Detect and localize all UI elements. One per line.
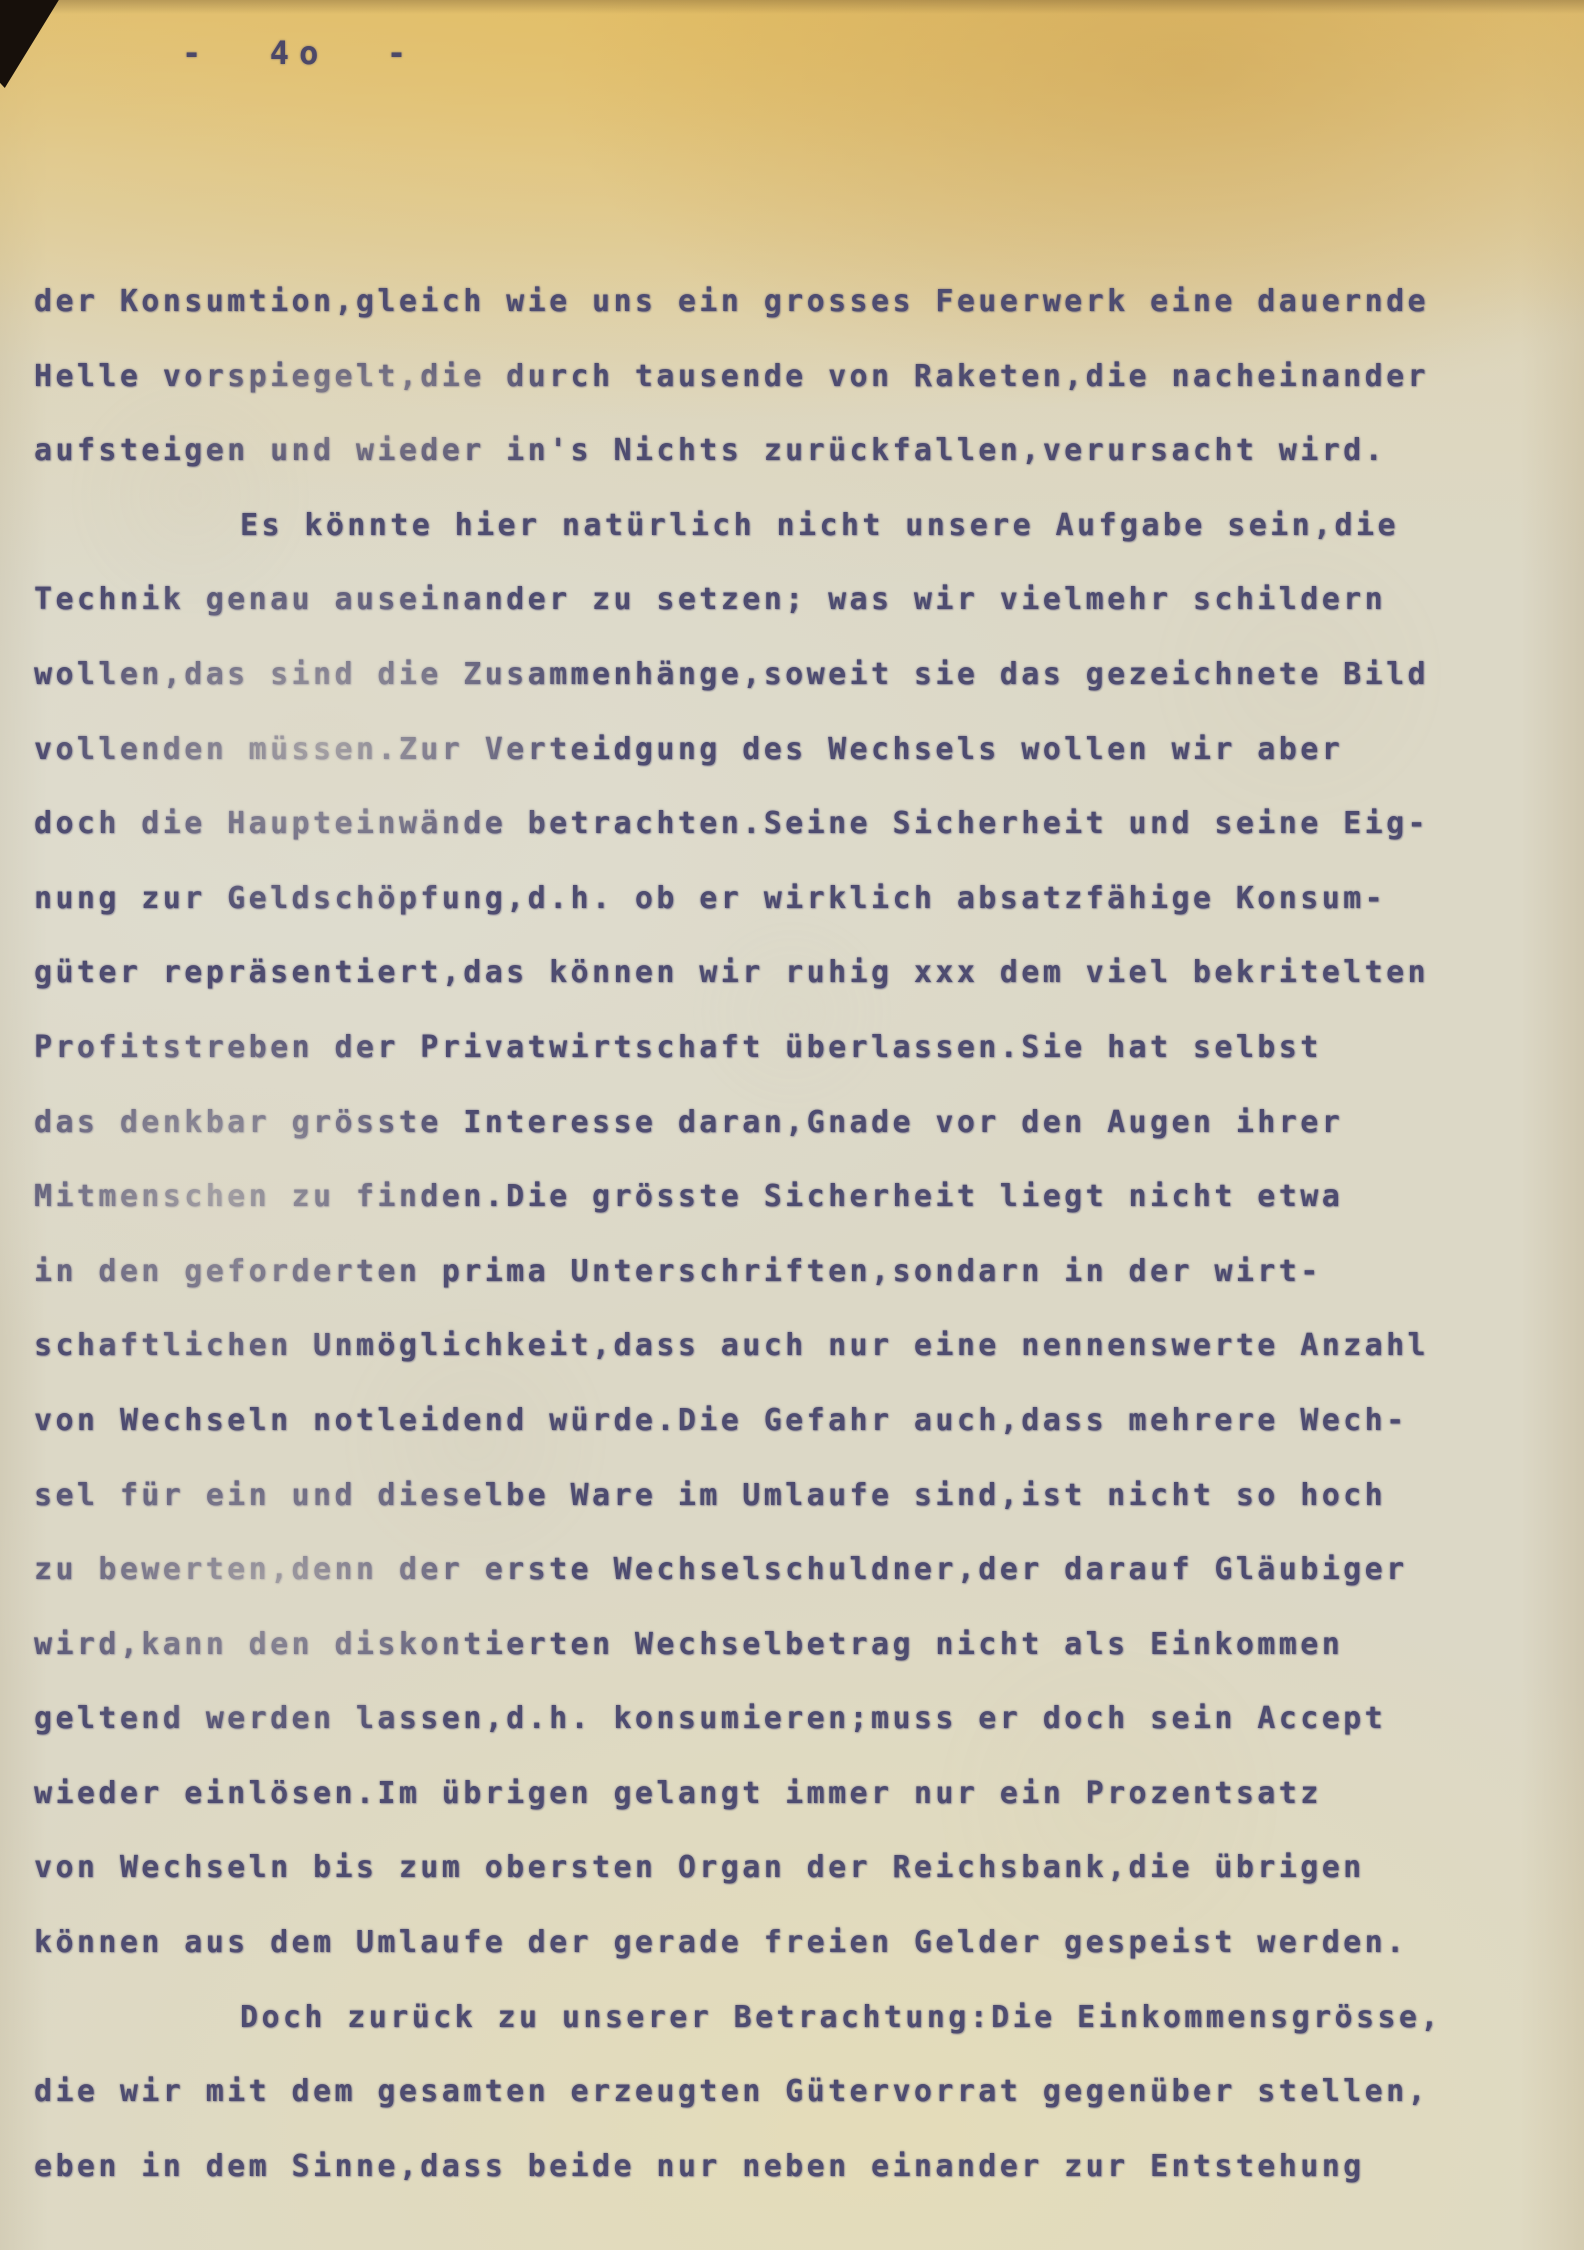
paper-sheet: - 4o - der Konsumtion,gleich wie uns ein… <box>0 0 1584 2250</box>
text-line: die wir mit dem gesamten erzeugten Güter… <box>34 2074 1554 2149</box>
text-line: zu bewerten,denn der erste Wechselschuld… <box>34 1552 1554 1627</box>
text-line: das denkbar grösste Interesse daran,Gnad… <box>34 1105 1554 1180</box>
text-line: können aus dem Umlaufe der gerade freien… <box>34 1925 1554 2000</box>
text-line: wieder einlösen.Im übrigen gelangt immer… <box>34 1776 1554 1851</box>
text-line: sel für ein und dieselbe Ware im Umlaufe… <box>34 1478 1554 1553</box>
text-line: wollen,das sind die Zusammenhänge,soweit… <box>34 657 1554 732</box>
text-line: nung zur Geldschöpfung,d.h. ob er wirkli… <box>34 881 1554 956</box>
text-line: geltend werden lassen,d.h. konsumieren;m… <box>34 1701 1554 1776</box>
text-line: Doch zurück zu unserer Betrachtung:Die E… <box>34 2000 1554 2075</box>
text-line: eben in dem Sinne,dass beide nur neben e… <box>34 2149 1554 2224</box>
page-number: - 4o - <box>182 34 416 72</box>
text-line: wird,kann den diskontierten Wechselbetra… <box>34 1627 1554 1702</box>
text-line: von Wechseln notleidend würde.Die Gefahr… <box>34 1403 1554 1478</box>
text-line: vollenden müssen.Zur Verteidgung des Wec… <box>34 732 1554 807</box>
scan-top-edge-shadow <box>0 0 1584 14</box>
text-block: der Konsumtion,gleich wie uns ein grosse… <box>34 284 1554 2223</box>
text-line: der Konsumtion,gleich wie uns ein grosse… <box>34 284 1554 359</box>
text-line: Helle vorspiegelt,die durch tausende von… <box>34 359 1554 434</box>
text-line: doch die Haupteinwände betrachten.Seine … <box>34 806 1554 881</box>
text-line: güter repräsentiert,das können wir ruhig… <box>34 955 1554 1030</box>
text-line: Es könnte hier natürlich nicht unsere Au… <box>34 508 1554 583</box>
text-line: in den geforderten prima Unterschriften,… <box>34 1254 1554 1329</box>
text-line: Technik genau auseinander zu setzen; was… <box>34 582 1554 657</box>
text-line: aufsteigen und wieder in's Nichts zurück… <box>34 433 1554 508</box>
text-line: Mitmenschen zu finden.Die grösste Sicher… <box>34 1179 1554 1254</box>
text-line: Profitstreben der Privatwirtschaft überl… <box>34 1030 1554 1105</box>
text-line: schaftlichen Unmöglichkeit,dass auch nur… <box>34 1328 1554 1403</box>
text-line: von Wechseln bis zum obersten Organ der … <box>34 1850 1554 1925</box>
